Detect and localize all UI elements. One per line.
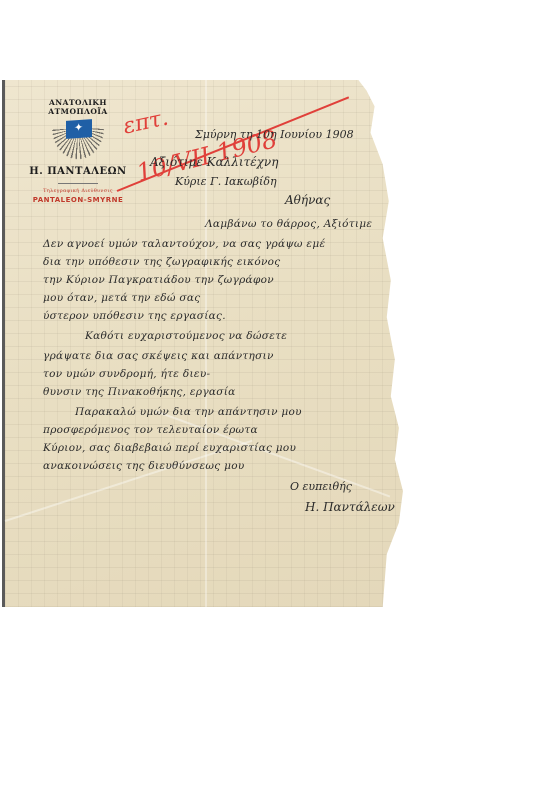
body-line: μου όταν, μετά την εδώ σας bbox=[43, 292, 200, 304]
ornament-divider bbox=[58, 183, 98, 184]
body-line: Κύριον, σας διαβεβαιώ περί ευχαριστίας μ… bbox=[43, 442, 296, 454]
company-name: Η. ΠΑΝΤΑΛΕΩΝ bbox=[23, 166, 133, 177]
body-line: θυνσιν της Πινακοθήκης, εργασία bbox=[43, 386, 236, 398]
salutation-line-1: Αξιότιμε Καλλιτέχνη bbox=[150, 155, 278, 169]
body-line: Δεν αγνοεί υμών ταλαντούχον, να σας γράψ… bbox=[43, 238, 325, 250]
company-arc-title: ΑΝΑΤΟΛΙΚΗ ΑΤΜΟΠΛΟΪΑ bbox=[23, 98, 133, 116]
telegraphic-address: PANTALEON-SMYRNE bbox=[23, 196, 133, 204]
body-line: την Κύριον Παγκρατιάδου την ζωγράφον bbox=[43, 274, 274, 286]
body-line: γράψατε δια σας σκέψεις και απάντησιν bbox=[43, 350, 274, 362]
flag-with-rays-icon bbox=[48, 118, 108, 164]
body-line: τον υμών συνδρομή, ήτε διευ- bbox=[43, 368, 210, 380]
salutation-line-2: Κύριε Γ. Ιακωβίδη bbox=[175, 175, 277, 188]
body-line: Καθότι ευχαριστούμενος να δώσετε bbox=[85, 330, 287, 342]
body-line: ύστερον υπόθεσιν της εργασίας. bbox=[43, 310, 226, 322]
letter-paper: ΑΝΑΤΟΛΙΚΗ ΑΤΜΟΠΛΟΪΑ Η. ΠΑΝΤΑΛΕΩΝ Τηλεγρα… bbox=[2, 80, 407, 607]
body-line: προσφερόμενος τον τελευταίον έρωτα bbox=[43, 424, 258, 436]
closing: Ο ευπειθής bbox=[290, 480, 352, 493]
body-line: Λαμβάνω το θάρρος, Αξιότιμε bbox=[205, 218, 372, 230]
signature: Η. Παντάλεων bbox=[305, 500, 395, 514]
city: Αθήνας bbox=[285, 193, 330, 207]
letterhead: ΑΝΑΤΟΛΙΚΗ ΑΤΜΟΠΛΟΪΑ Η. ΠΑΝΤΑΛΕΩΝ Τηλεγρα… bbox=[23, 98, 133, 204]
body-line: ανακοινώσεις της διευθύνσεως μου bbox=[43, 460, 245, 472]
body-line: δια την υπόθεσιν της ζωγραφικής εικόνος bbox=[43, 256, 280, 268]
body-line: Παρακαλώ υμών δια την απάντησιν μου bbox=[75, 406, 302, 418]
place-date: Σμύρνη τη 10η Ιουνίου 1908 bbox=[195, 128, 354, 141]
